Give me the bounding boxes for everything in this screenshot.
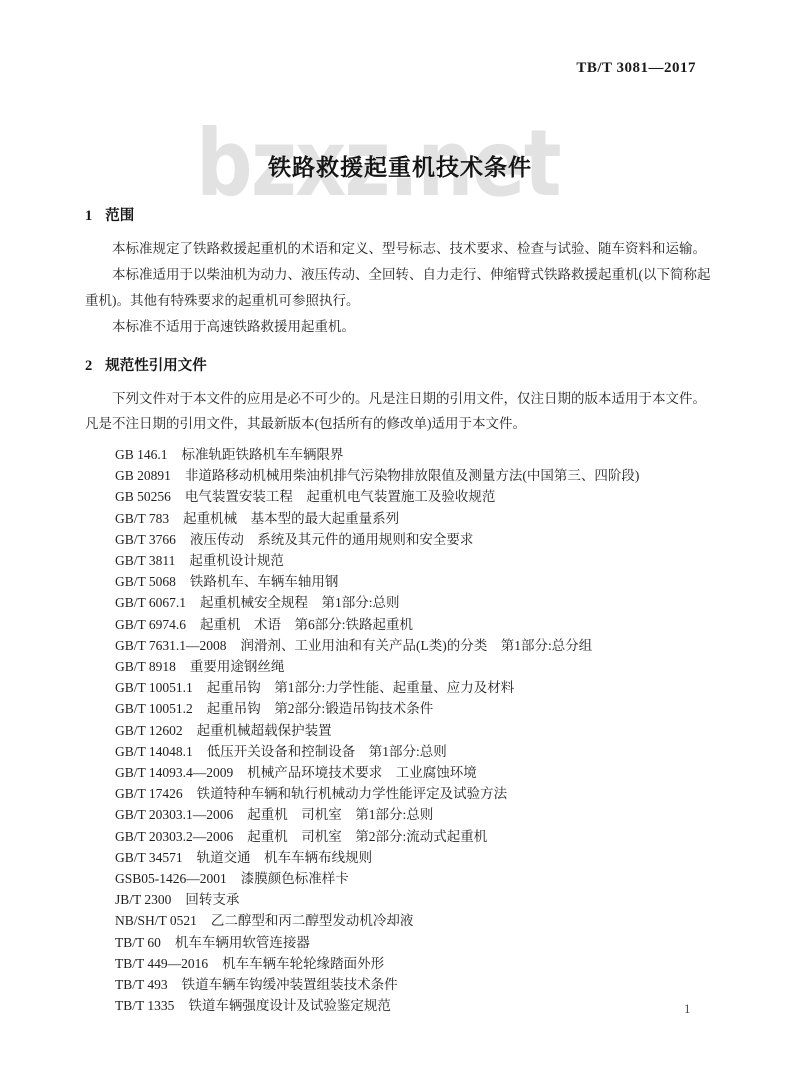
section-1-title: 范围 (105, 208, 134, 224)
scope-paragraph-1: 本标准规定了铁路救援起重机的术语和定义、型号标志、技术要求、检查与试验、随车资料… (85, 236, 719, 262)
reference-code: TB/T 493 (115, 974, 168, 995)
reference-code: GB/T 14048.1 (115, 741, 193, 762)
reference-item: GB/T 5068铁路机车、车辆车轴用钢 (115, 571, 719, 592)
reference-item: GB/T 10051.1起重吊钩 第1部分:力学性能、起重量、应力及材料 (115, 677, 719, 698)
reference-item: TB/T 60机车车辆用软管连接器 (115, 932, 719, 953)
section-2-title: 规范性引用文件 (105, 358, 207, 374)
reference-title: 液压传动 系统及其元件的通用规则和安全要求 (190, 532, 474, 547)
reference-item: GSB05-1426—2001漆膜颜色标准样卡 (115, 868, 719, 889)
reference-item: GB/T 10051.2起重吊钩 第2部分:锻造吊钩技术条件 (115, 698, 719, 719)
reference-item: GB/T 20303.2—2006起重机 司机室 第2部分:流动式起重机 (115, 826, 719, 847)
reference-code: GB 20891 (115, 465, 171, 486)
reference-title: 起重机械超载保护装置 (197, 723, 332, 738)
reference-item: TB/T 1335铁道车辆强度设计及试验鉴定规范 (115, 995, 719, 1016)
reference-title: 铁道特种车辆和轨行机械动力学性能评定及试验方法 (197, 786, 508, 801)
section-1-number: 1 (85, 208, 92, 224)
reference-title: 轨道交通 机车车辆布线规则 (197, 850, 373, 865)
reference-code: GB/T 20303.1—2006 (115, 804, 233, 825)
reference-code: TB/T 449—2016 (115, 953, 208, 974)
reference-code: TB/T 1335 (115, 995, 174, 1016)
reference-title: 起重机 司机室 第2部分:流动式起重机 (247, 829, 487, 844)
reference-item: GB/T 20303.1—2006起重机 司机室 第1部分:总则 (115, 804, 719, 825)
reference-title: 乙二醇型和丙二醇型发动机冷却液 (211, 913, 414, 928)
reference-title: 润滑剂、工业用油和有关产品(L类)的分类 第1部分:总分组 (241, 638, 593, 653)
reference-title: 起重机械 基本型的最大起重量系列 (183, 511, 399, 526)
document-page: TB/T 3081—2017 bzxz.net 铁路救援起重机技术条件 1范围 … (0, 0, 800, 1091)
reference-item: GB 20891非道路移动机械用柴油机排气污染物排放限值及测量方法(中国第三、四… (115, 465, 719, 486)
reference-item: GB/T 7631.1—2008润滑剂、工业用油和有关产品(L类)的分类 第1部… (115, 635, 719, 656)
reference-item: GB/T 12602起重机械超载保护装置 (115, 720, 719, 741)
reference-title: 标准轨距铁路机车车辆限界 (182, 447, 344, 462)
scope-paragraph-2: 本标准适用于以柴油机为动力、液压传动、全回转、自力走行、伸缩臂式铁路救援起重机(… (85, 262, 719, 314)
reference-title: 机械产品环境技术要求 工业腐蚀环境 (247, 765, 477, 780)
reference-title: 铁道车辆强度设计及试验鉴定规范 (188, 998, 391, 1013)
reference-code: GB/T 10051.1 (115, 677, 193, 698)
reference-code: GB/T 12602 (115, 720, 183, 741)
reference-title: 低压开关设备和控制设备 第1部分:总则 (207, 744, 447, 759)
reference-item: GB/T 8918重要用途钢丝绳 (115, 656, 719, 677)
reference-code: GB/T 5068 (115, 571, 176, 592)
reference-title: 非道路移动机械用柴油机排气污染物排放限值及测量方法(中国第三、四阶段) (185, 468, 640, 483)
reference-code: GB/T 7631.1—2008 (115, 635, 227, 656)
reference-code: GB/T 8918 (115, 656, 176, 677)
reference-item: GB/T 14048.1低压开关设备和控制设备 第1部分:总则 (115, 741, 719, 762)
reference-title: 电气装置安装工程 起重机电气装置施工及验收规范 (185, 489, 496, 504)
section-1-heading: 1范围 (85, 202, 719, 230)
reference-title: 起重机 术语 第6部分:铁路起重机 (200, 617, 413, 632)
reference-title: 机车车辆用软管连接器 (175, 935, 310, 950)
scope-paragraph-3: 本标准不适用于高速铁路救援用起重机。 (85, 314, 719, 340)
reference-title: 起重机 司机室 第1部分:总则 (247, 807, 433, 822)
reference-title: 起重吊钩 第2部分:锻造吊钩技术条件 (207, 701, 434, 716)
section-2-heading: 2规范性引用文件 (85, 352, 719, 380)
reference-item: GB/T 17426铁道特种车辆和轨行机械动力学性能评定及试验方法 (115, 783, 719, 804)
reference-item: GB/T 14093.4—2009机械产品环境技术要求 工业腐蚀环境 (115, 762, 719, 783)
reference-code: GB/T 3811 (115, 550, 175, 571)
reference-code: GB/T 3766 (115, 529, 176, 550)
references-list: GB 146.1标准轨距铁路机车车辆限界GB 20891非道路移动机械用柴油机排… (85, 444, 719, 1016)
reference-code: TB/T 60 (115, 932, 161, 953)
reference-code: GB/T 34571 (115, 847, 183, 868)
reference-title: 起重机械安全规程 第1部分:总则 (200, 595, 400, 610)
reference-item: JB/T 2300回转支承 (115, 889, 719, 910)
reference-item: GB/T 3766液压传动 系统及其元件的通用规则和安全要求 (115, 529, 719, 550)
reference-title: 机车车辆车轮轮缘踏面外形 (222, 956, 384, 971)
reference-item: GB/T 34571轨道交通 机车车辆布线规则 (115, 847, 719, 868)
reference-code: GB 50256 (115, 486, 171, 507)
reference-code: GB/T 20303.2—2006 (115, 826, 233, 847)
reference-code: GB/T 6067.1 (115, 592, 186, 613)
reference-item: GB/T 3811起重机设计规范 (115, 550, 719, 571)
reference-title: 铁路机车、车辆车轴用钢 (190, 574, 339, 589)
reference-item: TB/T 493铁道车辆车钩缓冲装置组装技术条件 (115, 974, 719, 995)
page-number: 1 (684, 1001, 691, 1017)
reference-title: 起重机设计规范 (189, 553, 284, 568)
reference-code: GB/T 17426 (115, 783, 183, 804)
reference-title: 起重吊钩 第1部分:力学性能、起重量、应力及材料 (207, 680, 515, 695)
reference-item: TB/T 449—2016机车车辆车轮轮缘踏面外形 (115, 953, 719, 974)
document-body: 1范围 本标准规定了铁路救援起重机的术语和定义、型号标志、技术要求、检查与试验、… (85, 202, 719, 1016)
references-intro-paragraph: 下列文件对于本文件的应用是必不可少的。凡是注日期的引用文件，仅注日期的版本适用于… (85, 386, 719, 436)
reference-code: JB/T 2300 (115, 889, 171, 910)
reference-title: 回转支承 (185, 892, 239, 907)
reference-title: 漆膜颜色标准样卡 (241, 871, 349, 886)
standard-code: TB/T 3081—2017 (576, 60, 696, 77)
reference-item: GB/T 6974.6起重机 术语 第6部分:铁路起重机 (115, 614, 719, 635)
reference-item: NB/SH/T 0521乙二醇型和丙二醇型发动机冷却液 (115, 910, 719, 931)
reference-code: GSB05-1426—2001 (115, 868, 227, 889)
reference-code: NB/SH/T 0521 (115, 910, 197, 931)
reference-item: GB 50256电气装置安装工程 起重机电气装置施工及验收规范 (115, 486, 719, 507)
reference-item: GB/T 6067.1起重机械安全规程 第1部分:总则 (115, 592, 719, 613)
reference-item: GB/T 783起重机械 基本型的最大起重量系列 (115, 508, 719, 529)
reference-code: GB/T 10051.2 (115, 698, 193, 719)
reference-code: GB/T 783 (115, 508, 169, 529)
document-title: 铁路救援起重机技术条件 (0, 149, 800, 182)
reference-title: 铁道车辆车钩缓冲装置组装技术条件 (182, 977, 398, 992)
reference-code: GB 146.1 (115, 444, 168, 465)
reference-code: GB/T 14093.4—2009 (115, 762, 233, 783)
section-2-number: 2 (85, 358, 92, 374)
reference-code: GB/T 6974.6 (115, 614, 186, 635)
reference-item: GB 146.1标准轨距铁路机车车辆限界 (115, 444, 719, 465)
reference-title: 重要用途钢丝绳 (190, 659, 285, 674)
